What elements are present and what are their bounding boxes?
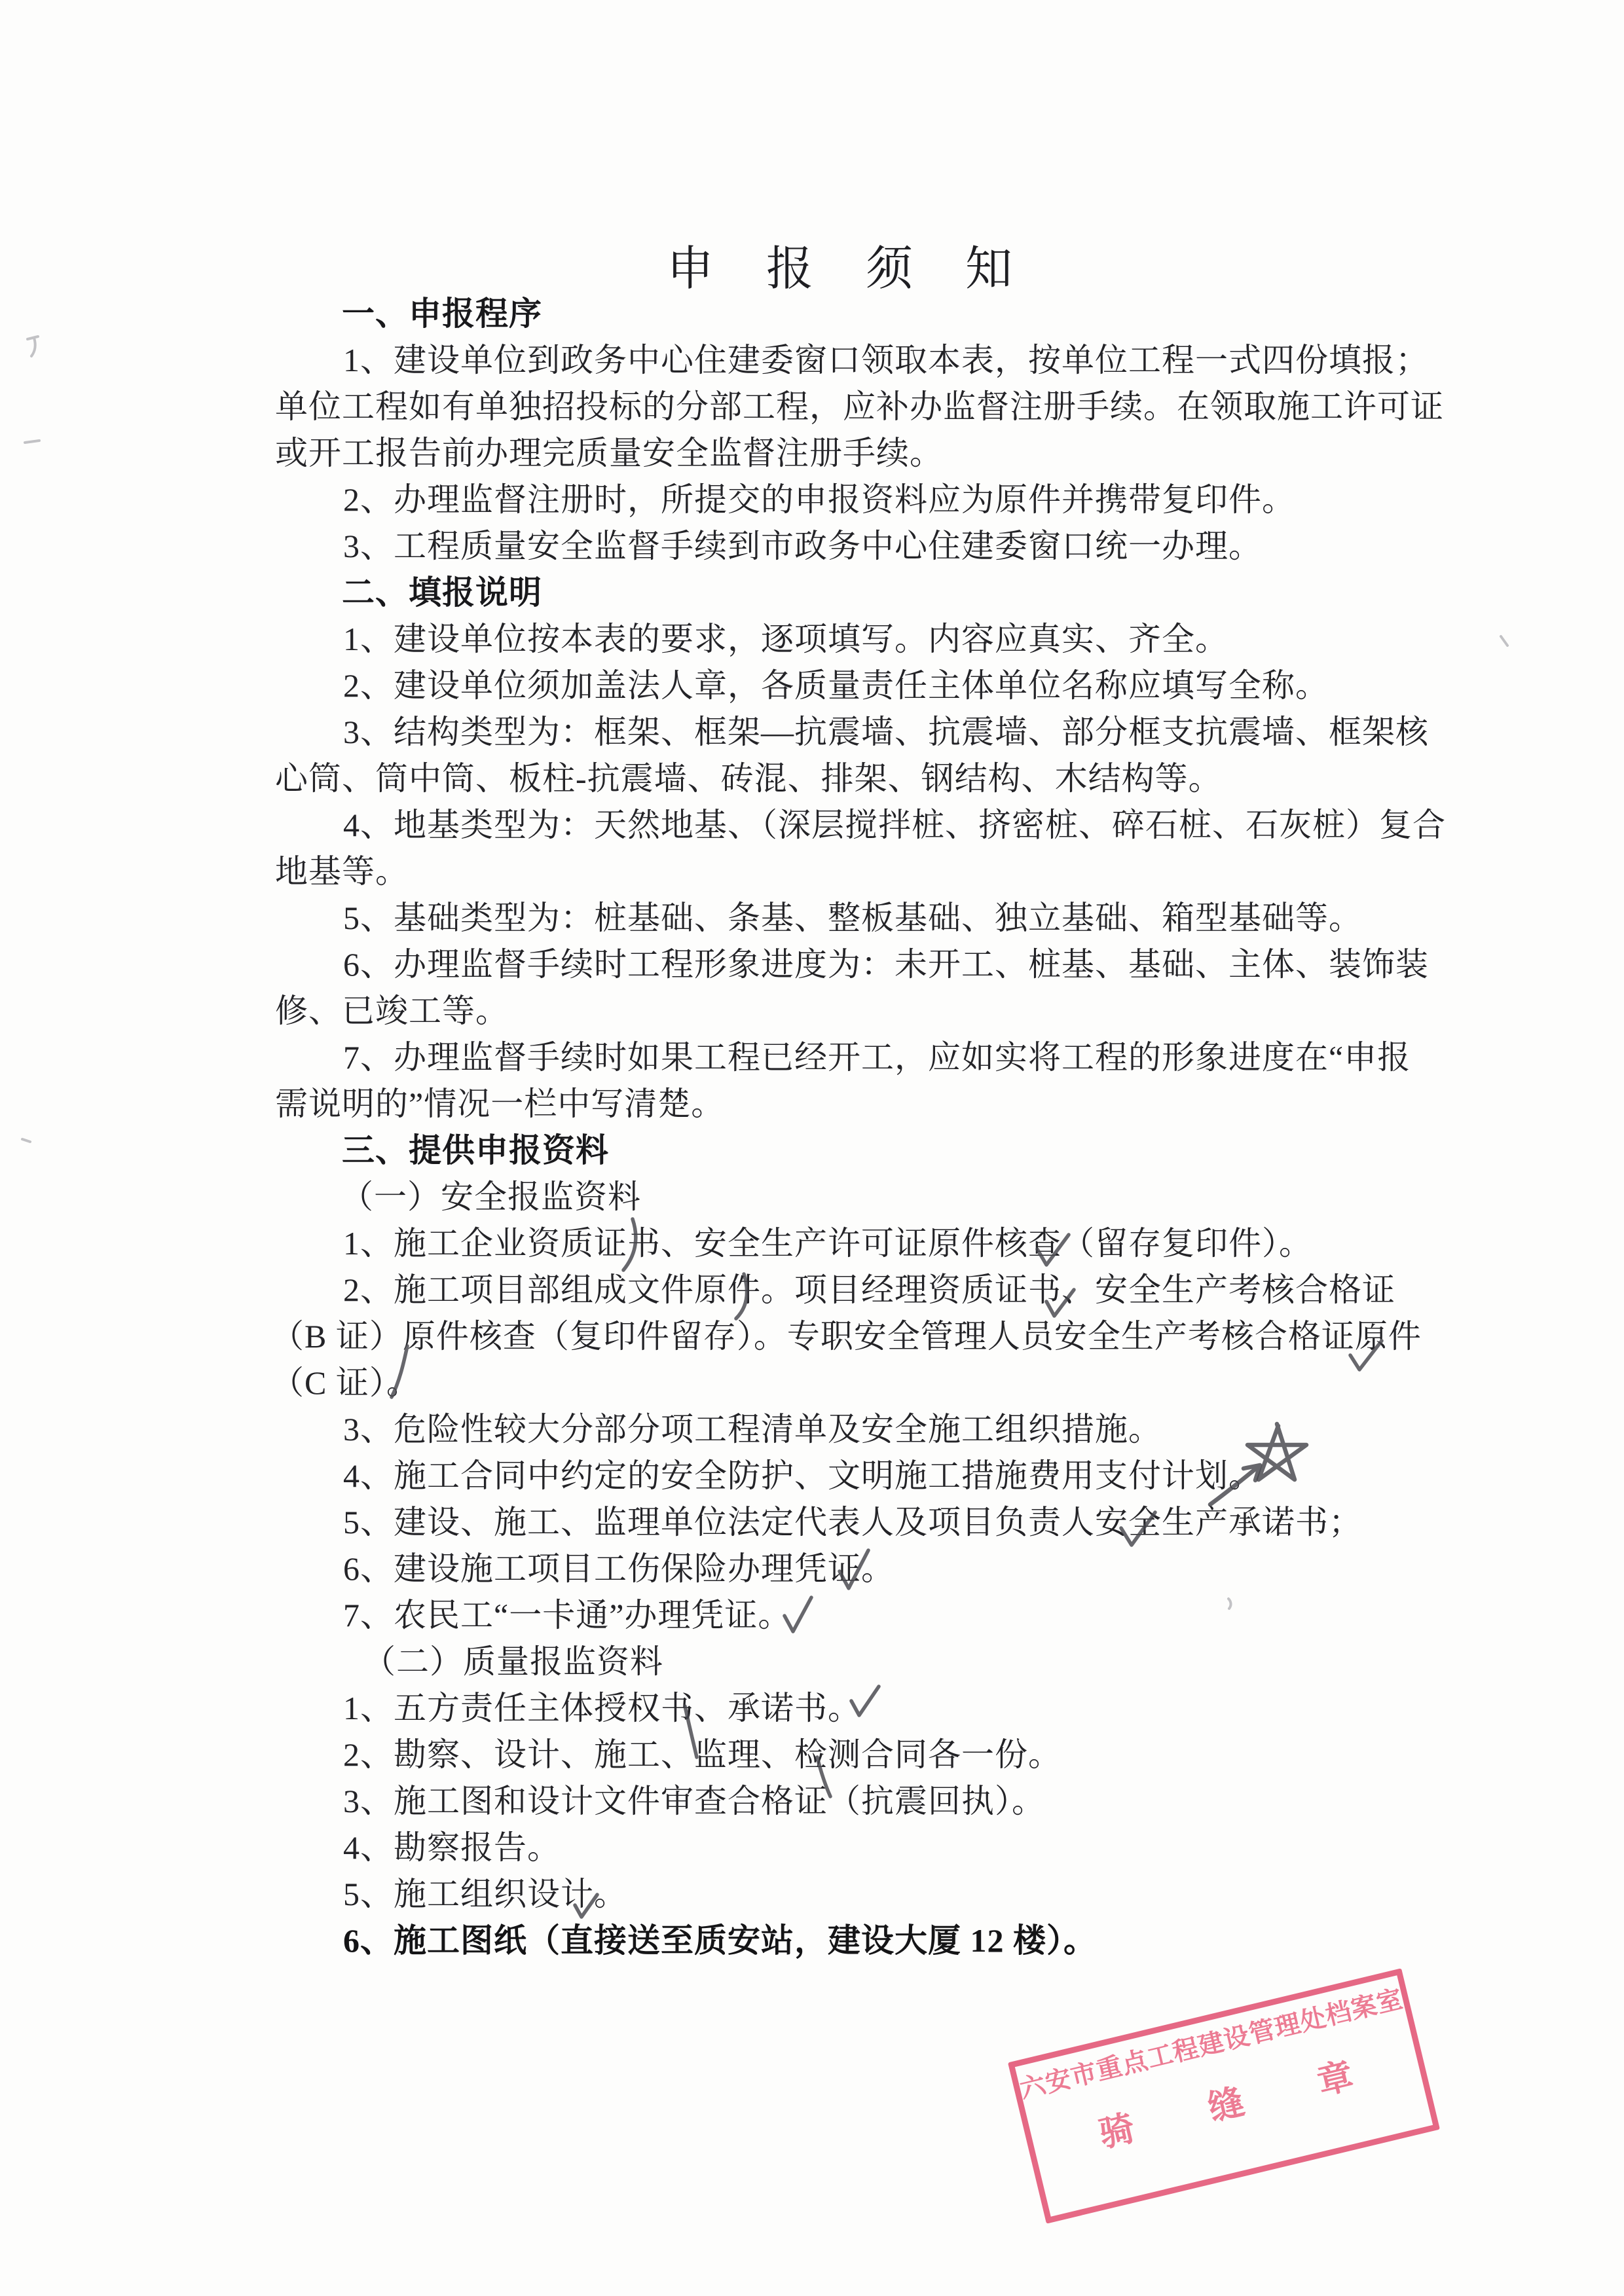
- pen-check-icon: [851, 1686, 879, 1715]
- pen-tick-icon: [392, 1346, 407, 1397]
- scan-speck: [1501, 636, 1507, 646]
- pen-check-icon: [784, 1597, 811, 1631]
- pen-check-icon: [840, 1550, 868, 1588]
- pen-tick-icon: [736, 1274, 747, 1319]
- pen-check-icon: [1046, 1290, 1074, 1316]
- pen-tick-icon: [685, 1706, 697, 1757]
- scanned-document-page: 申报须知 一、申报程序1、建设单位到政务中心住建委窗口领取本表，按单位工程一式四…: [0, 0, 1624, 2296]
- pen-check-icon: [1350, 1341, 1382, 1370]
- pen-tick-icon: [817, 1757, 830, 1796]
- pen-check-icon: [575, 1895, 597, 1917]
- pen-check-icon: [1037, 1235, 1069, 1265]
- pen-arrow-icon: [1210, 1465, 1260, 1504]
- scan-speck: [28, 337, 38, 356]
- scan-speck: [1228, 1599, 1231, 1609]
- pen-tick-icon: [623, 1219, 636, 1270]
- scan-speck: [25, 441, 39, 443]
- pen-check-icon: [1121, 1512, 1155, 1545]
- scan-speck: [22, 1139, 30, 1142]
- handwritten-ink-overlay: [0, 0, 1624, 2296]
- scan-speck: [1210, 690, 1213, 693]
